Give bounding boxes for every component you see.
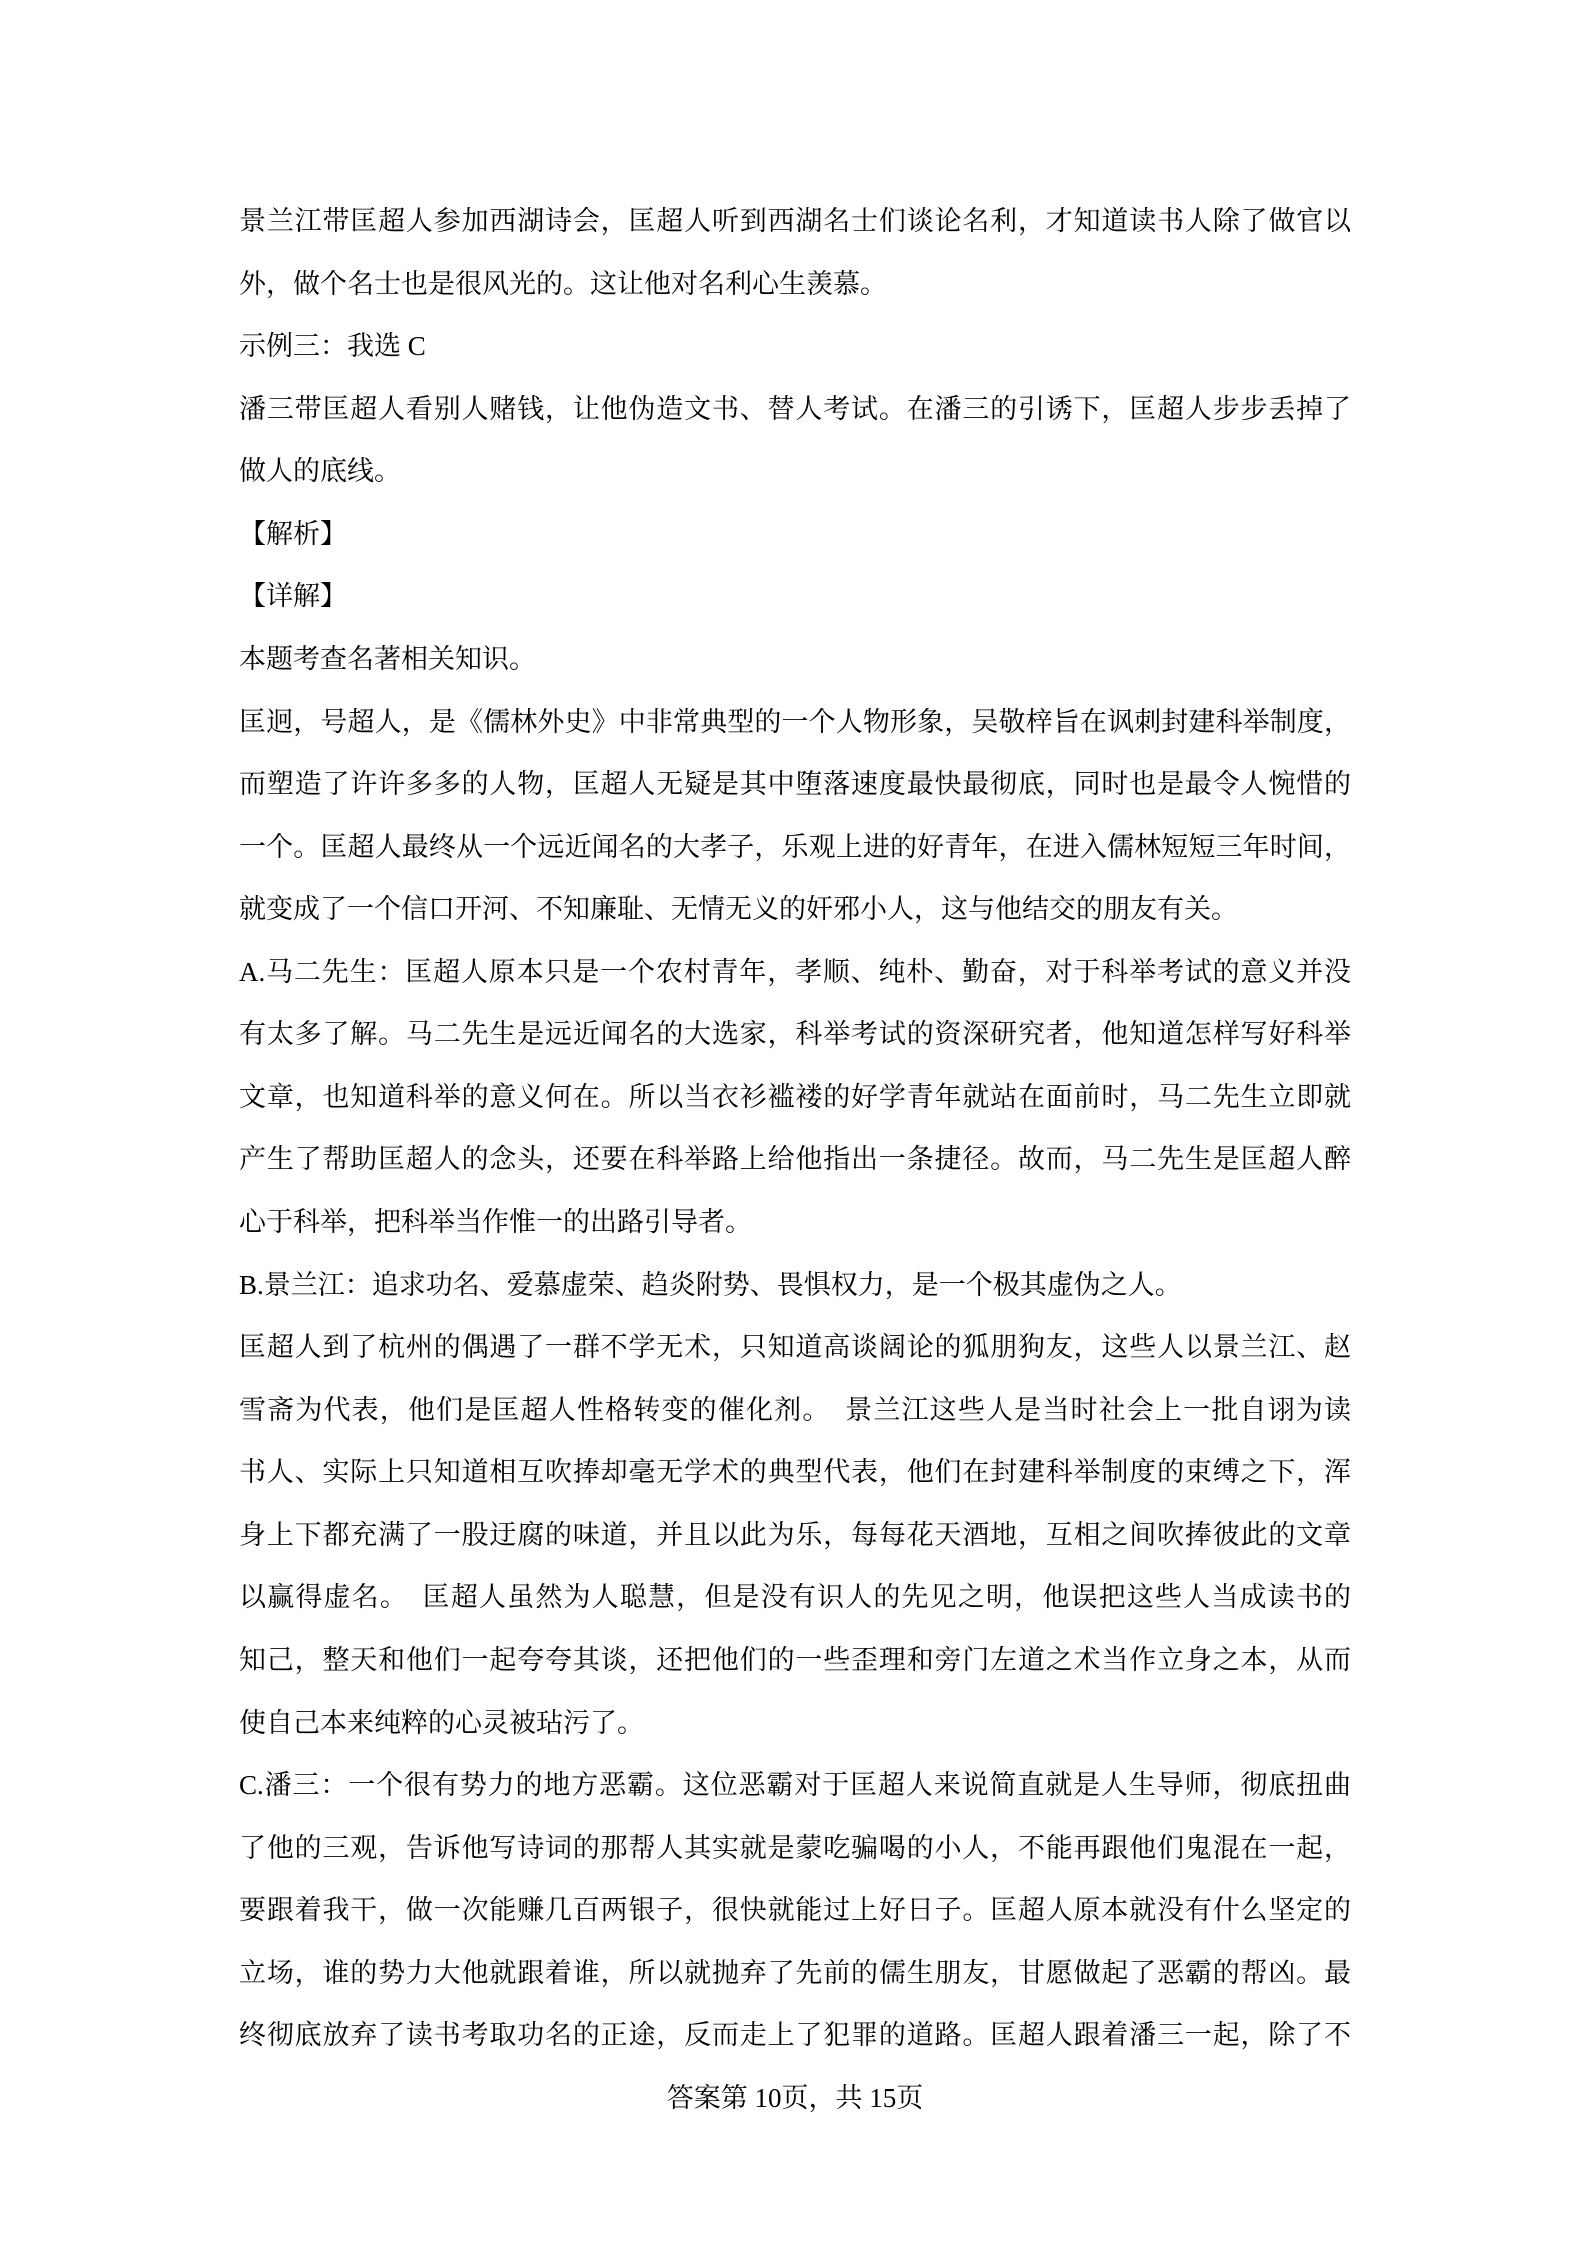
text-line-11: 一个。匡超人最终从一个远近闻名的大孝子，乐观上进的好青年，在进入儒林短短三年时间… xyxy=(239,816,1351,879)
text-line-22: 身上下都充满了一股迂腐的味道，并且以此为乐，每每花天酒地，互相之间吹捧彼此的文章 xyxy=(239,1504,1351,1567)
text-line-24: 知己，整天和他们一起夸夸其谈，还把他们的一些歪理和旁门左道之术当作立身之本，从而 xyxy=(239,1629,1351,1692)
text-line-23: 以赢得虚名。 匡超人虽然为人聪慧，但是没有识人的先见之明，他误把这些人当成读书的 xyxy=(239,1566,1351,1629)
text-line-19: 匡超人到了杭州的偶遇了一群不学无术，只知道高谈阔论的狐朋狗友，这些人以景兰江、赵 xyxy=(239,1316,1351,1379)
text-line-04: 潘三带匡超人看别人赌钱，让他伪造文书、替人考试。在潘三的引诱下，匡超人步步丢掉了 xyxy=(239,378,1351,441)
text-line-02: 外，做个名士也是很风光的。这让他对名利心生羡慕。 xyxy=(239,253,1351,316)
text-line-01: 景兰江带匡超人参加西湖诗会，匡超人听到西湖名士们谈论名利，才知道读书人除了做官以 xyxy=(239,190,1351,253)
text-line-16: 产生了帮助匡超人的念头，还要在科举路上给他指出一条捷径。故而，马二先生是匡超人醉 xyxy=(239,1128,1351,1191)
text-line-29: 立场，谁的势力大他就跟着谁，所以就抛弃了先前的儒生朋友，甘愿做起了恶霸的帮凶。最 xyxy=(239,1942,1351,2005)
text-line-05: 做人的底线。 xyxy=(239,440,1351,503)
page-footer: 答案第 10页，共 15页 xyxy=(239,2067,1351,2130)
text-line-30: 终彻底放弃了读书考取功名的正途，反而走上了犯罪的道路。匡超人跟着潘三一起，除了不 xyxy=(239,2004,1351,2067)
text-line-03: 示例三：我选 C xyxy=(239,315,1351,378)
text-line-26-option-c: C.潘三：一个很有势力的地方恶霸。这位恶霸对于匡超人来说简直就是人生导师，彻底扭… xyxy=(239,1754,1351,1817)
text-line-20: 雪斋为代表，他们是匡超人性格转变的催化剂。 景兰江这些人是当时社会上一批自诩为读 xyxy=(239,1379,1351,1442)
text-line-21: 书人、实际上只知道相互吹捧却毫无学术的典型代表，他们在封建科举制度的束缚之下，浑 xyxy=(239,1441,1351,1504)
text-line-13-option-a: A.马二先生：匡超人原本只是一个农村青年，孝顺、纯朴、勤奋，对于科举考试的意义并… xyxy=(239,941,1351,1004)
text-line-14: 有太多了解。马二先生是远近闻名的大选家，科举考试的资深研究者，他知道怎样写好科举 xyxy=(239,1003,1351,1066)
text-line-09: 匡迥，号超人，是《儒林外史》中非常典型的一个人物形象，吴敬梓旨在讽刺封建科举制度… xyxy=(239,691,1351,754)
text-line-28: 要跟着我干，做一次能赚几百两银子，很快就能过上好日子。匡超人原本就没有什么坚定的 xyxy=(239,1879,1351,1942)
document-body: 景兰江带匡超人参加西湖诗会，匡超人听到西湖名士们谈论名利，才知道读书人除了做官以… xyxy=(239,190,1351,2129)
text-line-12: 就变成了一个信口开河、不知廉耻、无情无义的奸邪小人，这与他结交的朋友有关。 xyxy=(239,878,1351,941)
text-line-27: 了他的三观，告诉他写诗词的那帮人其实就是蒙吃骗喝的小人，不能再跟他们鬼混在一起， xyxy=(239,1817,1351,1880)
text-line-25: 使自己本来纯粹的心灵被玷污了。 xyxy=(239,1692,1351,1755)
text-line-17: 心于科举，把科举当作惟一的出路引导者。 xyxy=(239,1191,1351,1254)
document-page: 景兰江带匡超人参加西湖诗会，匡超人听到西湖名士们谈论名利，才知道读书人除了做官以… xyxy=(0,0,1587,2245)
text-line-10: 而塑造了许许多多的人物，匡超人无疑是其中堕落速度最快最彻底，同时也是最令人惋惜的 xyxy=(239,753,1351,816)
text-line-15: 文章，也知道科举的意义何在。所以当衣衫褴褛的好学青年就站在面前时，马二先生立即就 xyxy=(239,1066,1351,1129)
text-line-06-analysis-label: 【解析】 xyxy=(239,503,1351,566)
text-line-07-detail-label: 【详解】 xyxy=(239,565,1351,628)
text-line-18-option-b: B.景兰江：追求功名、爱慕虚荣、趋炎附势、畏惧权力，是一个极其虚伪之人。 xyxy=(239,1254,1351,1317)
text-line-08: 本题考查名著相关知识。 xyxy=(239,628,1351,691)
